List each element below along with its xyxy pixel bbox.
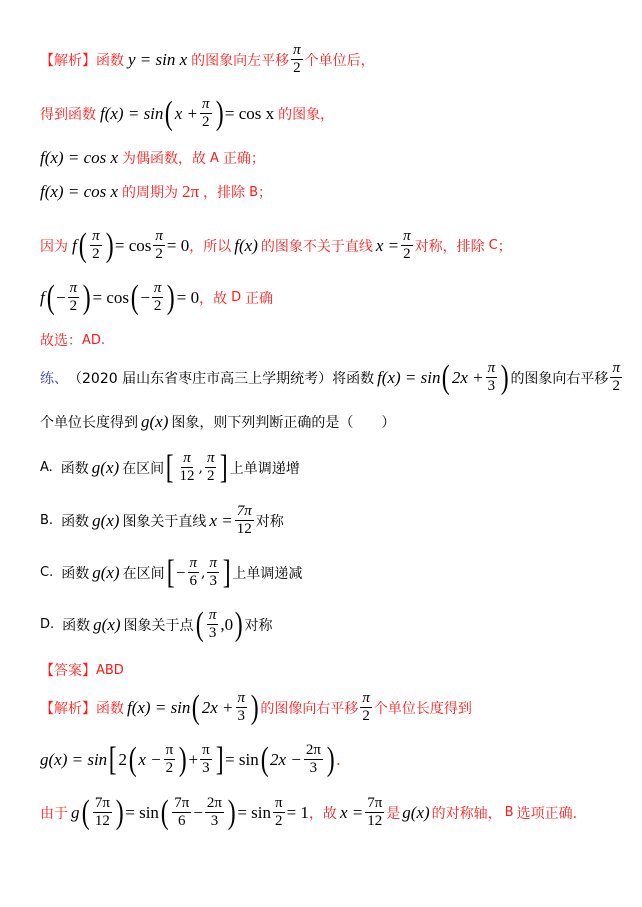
denominator: 2 (610, 378, 622, 395)
text: 因为 (40, 236, 68, 256)
minus-sign: − (140, 288, 150, 308)
equation: 2x + (202, 698, 234, 718)
equation: f(x) = sin (100, 104, 163, 124)
analysis-line-5: 因为 f ( π2 ) = cos π2 = 0 ，所以 f(x) 的图象不关于… (40, 228, 512, 263)
numerator: 7π (93, 795, 112, 813)
text: 函数 (96, 698, 124, 718)
fraction: π3 (200, 742, 212, 777)
fraction: π2 (401, 228, 413, 263)
denominator: 2 (401, 246, 413, 263)
option-letter: D (231, 290, 241, 305)
option-letter: B. (40, 513, 53, 528)
fraction: π2 (152, 280, 164, 315)
analysis-line-2: 得到函数 f(x) = sin ( x + π2 ) = cos x 的图象， (40, 96, 334, 131)
fraction: π2 (610, 360, 622, 395)
paren-left: ( (260, 743, 268, 777)
fraction: 2π3 (205, 795, 224, 830)
paren-right: ) (501, 361, 509, 395)
denominator: 3 (207, 625, 219, 642)
equation: 2 (119, 750, 128, 770)
text: 对称 (256, 511, 284, 531)
fraction: π12 (178, 450, 197, 485)
fraction: 7π6 (172, 795, 191, 830)
equation: = cos (115, 236, 152, 256)
text: 正确； (223, 148, 265, 168)
analysis-label: 【解析】 (40, 698, 96, 718)
text: 对称，排除 (415, 236, 485, 256)
numerator: π (164, 742, 176, 760)
numerator: π (360, 690, 372, 708)
numerator: π (90, 228, 102, 246)
denominator: 12 (235, 521, 254, 538)
denominator: 2 (360, 708, 372, 725)
text: 在区间 (123, 563, 165, 583)
text: ； (498, 236, 512, 256)
numerator: π (273, 795, 285, 813)
text: 图象关于点 (124, 615, 194, 635)
text: 函数 (61, 458, 89, 478)
paren-right: ) (228, 796, 236, 830)
text: 故选： (40, 330, 82, 350)
equation: = 0 (177, 288, 199, 308)
equation: = 1 (287, 803, 309, 823)
text: 函数 (62, 615, 90, 635)
denominator: 6 (176, 813, 188, 830)
paren-left: ( (161, 796, 169, 830)
answer-line: 【答案】 ABD (40, 660, 124, 680)
denominator: 6 (188, 573, 200, 590)
denominator: 12 (178, 468, 197, 485)
equation: = sin (225, 750, 259, 770)
equation: f (40, 288, 45, 308)
text: 的图象向左平移 (191, 50, 289, 70)
paren-right: ) (167, 281, 175, 315)
text: 图象，则下列判断正确的是（ ） (171, 412, 395, 432)
denominator: 12 (365, 813, 384, 830)
question-source: （2020 届山东省枣庄市高三上学期统考）将函数 (68, 368, 374, 388)
fraction: 7π12 (235, 503, 254, 538)
equation: f(x) (234, 236, 258, 256)
fraction: π2 (153, 228, 165, 263)
denominator: 3 (308, 760, 320, 777)
equation: f(x) = cos x (40, 148, 118, 168)
analysis2-line-1: 【解析】 函数 f(x) = sin ( 2x + π3 ) 的图像向右平移 π… (40, 690, 472, 725)
fraction: π3 (207, 555, 219, 590)
denominator: 2 (90, 246, 102, 263)
paren-left: ( (46, 281, 54, 315)
paren-left: ( (195, 608, 203, 642)
paren-left: ( (442, 361, 450, 395)
equation: x = (340, 803, 363, 823)
numerator: 2π (205, 795, 224, 813)
text: 得到函数 (40, 104, 96, 124)
equation: g(x) (92, 458, 119, 478)
numerator: π (188, 555, 200, 573)
equation: 2x − (270, 750, 302, 770)
text: 函数 (61, 563, 89, 583)
value: 2π (182, 182, 199, 202)
fraction: π2 (200, 96, 212, 131)
equation: g(x) (92, 563, 119, 583)
equation: = cos x (225, 104, 274, 124)
fraction: 2π3 (304, 742, 323, 777)
equation: f(x) = sin (377, 368, 440, 388)
denominator: 2 (153, 246, 165, 263)
fraction: π3 (207, 607, 219, 642)
option-letter: D. (40, 617, 54, 632)
text: 为偶函数，故 (122, 148, 206, 168)
text: 选项正确. (517, 803, 577, 823)
numerator: π (68, 280, 80, 298)
numerator: π (152, 280, 164, 298)
text: 图象关于直线 (122, 511, 206, 531)
fraction: π2 (164, 742, 176, 777)
analysis-line-3: f(x) = cos x 为偶函数，故 A 正确； (40, 148, 265, 168)
numerator: π (207, 607, 219, 625)
denominator: 3 (486, 378, 498, 395)
text: ，所以 (189, 236, 231, 256)
fraction: π2 (68, 280, 80, 315)
fraction: π2 (360, 690, 372, 725)
analysis-line-4: f(x) = cos x 的周期为 2π ，排除 B ； (40, 182, 272, 202)
text: 上单调递增 (230, 458, 300, 478)
equation: x = (376, 236, 399, 256)
analysis2-line-2: g(x) = sin [ 2 ( x − π2 ) + π3 ] = sin (… (40, 742, 340, 777)
numerator: 7π (365, 795, 384, 813)
denominator: 12 (93, 813, 112, 830)
text: 对称 (244, 615, 272, 635)
numerator: π (205, 450, 217, 468)
numerator: π (401, 228, 413, 246)
bracket-right: ] (215, 743, 223, 777)
text: 的对称轴， (432, 803, 502, 823)
numerator: π (610, 360, 622, 378)
text: 的图象不关于直线 (261, 236, 373, 256)
equation: f(x) = sin (127, 698, 190, 718)
denominator: 2 (273, 813, 285, 830)
text: 是 (386, 803, 400, 823)
bracket-right: ] (220, 451, 228, 485)
denominator: 2 (291, 60, 303, 77)
equation: g(x) (92, 511, 119, 531)
numerator: π (200, 96, 212, 114)
equation: = cos (93, 288, 130, 308)
equation: 2x + (452, 368, 484, 388)
fraction: π3 (236, 690, 248, 725)
denominator: 2 (164, 760, 176, 777)
text: 的图象向右平移 (510, 368, 608, 388)
numerator: 7π (172, 795, 191, 813)
analysis-line-1: 【解析】 函数 y = sin x 的图象向左平移 π2 个单位后， (40, 42, 375, 77)
equation: g(x) (141, 412, 168, 432)
equation: y = sin x (128, 50, 187, 70)
text: 在区间 (122, 458, 164, 478)
numerator: π (486, 360, 498, 378)
denominator: 3 (207, 573, 219, 590)
equation: f(x) = cos x (40, 182, 118, 202)
text: ，排除 (203, 182, 245, 202)
option-letter: B (249, 185, 258, 200)
equation: x = (209, 511, 232, 531)
equation: g(x) (402, 803, 429, 823)
minus-sign: − (56, 288, 66, 308)
equation: g(x) (93, 615, 120, 635)
option-letter: A. (40, 460, 53, 475)
option-letter: C. (40, 565, 53, 580)
numerator: 2π (304, 742, 323, 760)
equation: ,0 (220, 615, 233, 635)
paren-left: ( (192, 691, 200, 725)
fraction: π3 (486, 360, 498, 395)
denominator: 3 (236, 708, 248, 725)
denominator: 2 (152, 298, 164, 315)
numerator: 7π (235, 503, 254, 521)
analysis-conclusion: 故选： AD. (40, 330, 105, 350)
equation: f (72, 236, 77, 256)
fraction: π2 (205, 450, 217, 485)
paren-right: ) (179, 743, 187, 777)
numerator: π (291, 42, 303, 60)
equation: = 0 (167, 236, 189, 256)
equation: g(x) = sin (40, 750, 107, 770)
denominator: 3 (200, 760, 212, 777)
bracket-left: [ (166, 451, 174, 485)
text: 的周期为 (122, 182, 178, 202)
option-a: A. 函数 g(x) 在区间 [ π12, π2 ] 上单调递增 (40, 450, 300, 485)
answer-value: AD. (82, 333, 105, 348)
paren-left: ( (129, 743, 137, 777)
question-line-2: 个单位长度得到 g(x) 图象，则下列判断正确的是（ ） (40, 412, 395, 432)
fraction: π6 (188, 555, 200, 590)
fraction: 7π12 (365, 795, 384, 830)
numerator: π (153, 228, 165, 246)
text: ，故 (309, 803, 337, 823)
equation: + (189, 750, 199, 770)
bracket-right: ] (223, 556, 231, 590)
paren-right: ) (215, 97, 223, 131)
fraction: π2 (291, 42, 303, 77)
text: 个单位长度得到 (40, 412, 138, 432)
option-letter: A (210, 151, 219, 166)
denominator: 2 (200, 114, 212, 131)
analysis-line-6: f ( − π2 ) = cos ( − π2 ) = 0 ，故 D 正确 (40, 280, 273, 315)
denominator: 3 (209, 813, 221, 830)
equation: x − (138, 750, 161, 770)
numerator: π (200, 742, 212, 760)
numerator: π (207, 555, 219, 573)
option-c: C. 函数 g(x) 在区间 [ − π6, π3 ] 上单调递减 (40, 555, 302, 590)
text: ，故 (199, 288, 227, 308)
answer-value: ABD (96, 663, 124, 678)
text: 由于 (40, 803, 68, 823)
option-b: B. 函数 g(x) 图象关于直线 x = 7π12 对称 (40, 503, 284, 538)
period: . (336, 750, 340, 770)
equation: x + (175, 104, 198, 124)
text: 的图象， (278, 104, 334, 124)
text: 个单位后， (305, 50, 375, 70)
paren-right: ) (327, 743, 335, 777)
question-line-1: 练、 （2020 届山东省枣庄市高三上学期统考）将函数 f(x) = sin (… (40, 360, 624, 395)
bracket-left: [ (109, 743, 117, 777)
paren-left: ( (81, 796, 89, 830)
paren-right: ) (116, 796, 124, 830)
text: 上单调递减 (232, 563, 302, 583)
analysis2-line-3: 由于 g ( 7π12 ) = sin ( 7π6 − 2π3 ) = sin … (40, 795, 577, 830)
bracket-left: [ (166, 556, 174, 590)
fraction: 7π12 (93, 795, 112, 830)
text: 函数 (61, 511, 89, 531)
numerator: π (236, 690, 248, 708)
minus-sign: − (176, 563, 186, 583)
numerator: π (181, 450, 193, 468)
option-d: D. 函数 g(x) 图象关于点 ( π3 ,0 ) 对称 (40, 607, 272, 642)
fraction: π2 (273, 795, 285, 830)
text: 函数 (96, 50, 124, 70)
paren-left: ( (78, 229, 86, 263)
option-letter: C (489, 238, 498, 253)
equation: g (71, 803, 80, 823)
equation: = sin (125, 803, 159, 823)
question-prefix: 练、 (40, 368, 68, 388)
text: ； (258, 182, 272, 202)
analysis-label: 【解析】 (40, 50, 96, 70)
denominator: 2 (68, 298, 80, 315)
text: 的图像向右平移 (260, 698, 358, 718)
equation: = sin (237, 803, 271, 823)
option-letter: B (505, 805, 514, 820)
paren-left: ( (131, 281, 139, 315)
denominator: 2 (205, 468, 217, 485)
paren-right: ) (105, 229, 113, 263)
answer-label: 【答案】 (40, 660, 96, 680)
minus-sign: − (193, 803, 203, 823)
paren-right: ) (235, 608, 243, 642)
paren-right: ) (83, 281, 91, 315)
text: 正确 (245, 288, 273, 308)
paren-left: ( (165, 97, 173, 131)
text: 个单位长度得到 (374, 698, 472, 718)
fraction: π2 (90, 228, 102, 263)
paren-right: ) (251, 691, 259, 725)
